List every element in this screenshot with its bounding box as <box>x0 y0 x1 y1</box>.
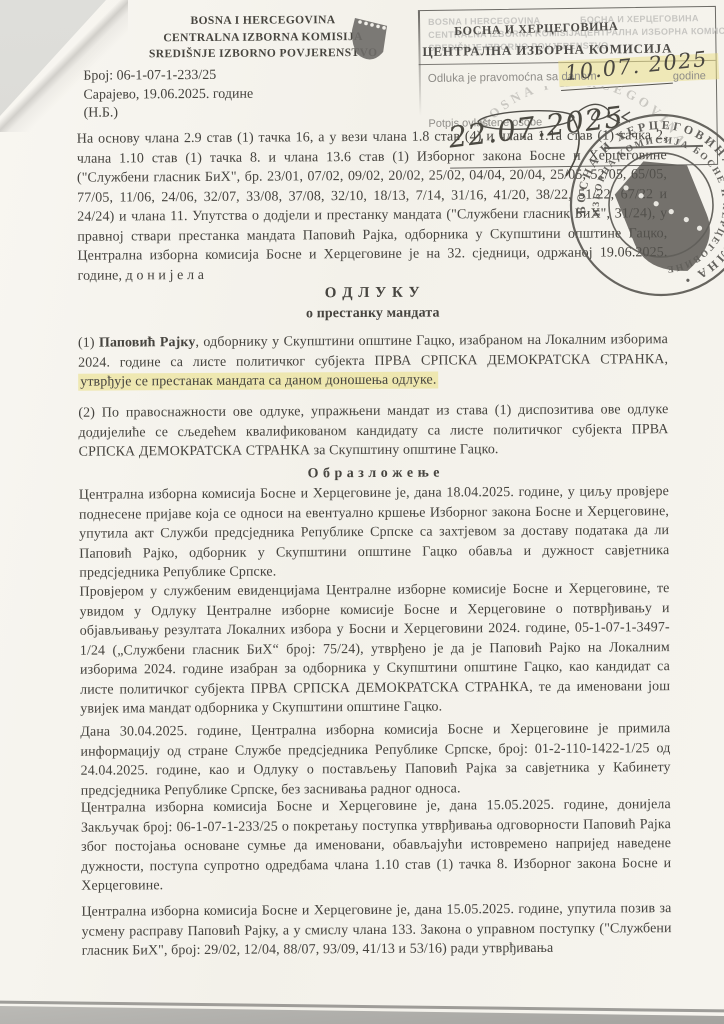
explanation-paragraph-2: Провјером у службеним евиденцијама Центр… <box>79 579 670 719</box>
decision-item-2: (2) По правоснажности ове одлуке, упражњ… <box>78 400 668 462</box>
document-place-date: Сарајево, 19.06.2025. године <box>83 85 253 105</box>
item-1-highlighted-text: утврђује се престанак мандата са даном д… <box>78 372 438 391</box>
explanation-paragraph-1: Централна изборна комисија Босне и Херце… <box>79 482 670 583</box>
item-1-marker: (1) <box>78 336 99 351</box>
document-number: Број: 06-1-07-1-233/25 <box>83 67 253 87</box>
bih-coat-of-arms-icon <box>347 14 393 66</box>
official-round-stamp: БОСНА И ХЕРЦЕГОВИНА • ЦЕНТРАЛНА • ИЗБОРН… <box>553 92 724 318</box>
item-1-name: Паповић Рајку <box>99 335 196 351</box>
explanation-paragraph-4: Централна изборна комисија Босне и Херце… <box>81 795 672 896</box>
scanned-page: BOSNA I HERCEGOVINA CENTRALNA IZBORNA KO… <box>0 0 724 1024</box>
explanation-paragraph-3: Дана 30.04.2025. године, Централна избор… <box>80 719 670 801</box>
document-initials: (Н.Б.) <box>84 104 254 124</box>
document-meta: Број: 06-1-07-1-233/25 Сарајево, 19.06.2… <box>83 67 253 124</box>
finality-suffix: godine <box>673 70 706 82</box>
decision-item-1: (1) Паповић Рајку, одборнику у Скупштини… <box>78 330 668 392</box>
explanation-paragraph-5: Централна изборна комисија Босне и Херце… <box>81 899 671 961</box>
